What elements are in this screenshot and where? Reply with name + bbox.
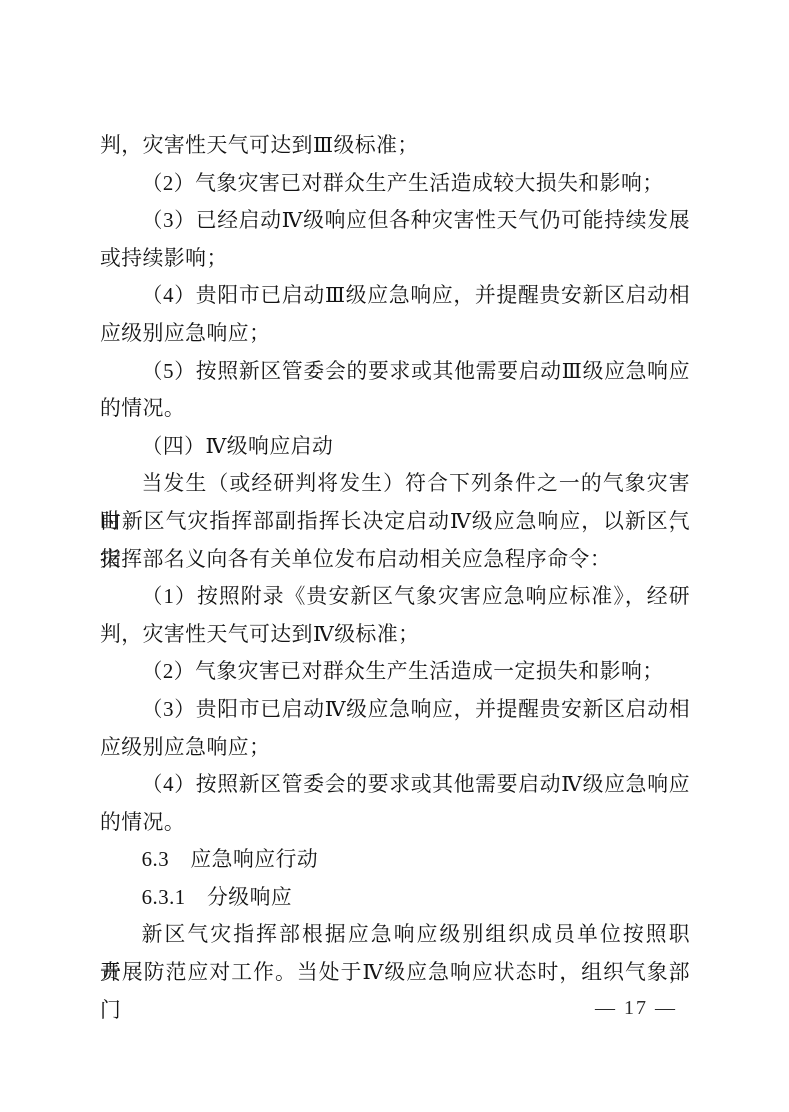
text-line: 判，灾害性天气可达到Ⅳ级标准； — [100, 616, 690, 654]
text-line: 指挥部名义向各有关单位发布启动相关应急程序命令： — [100, 541, 690, 579]
page-number: — 17 — — [595, 997, 677, 1020]
text-line: （4）贵阳市已启动Ⅲ级应急响应，并提醒贵安新区启动相 — [100, 277, 690, 315]
text-line: （四）Ⅳ级响应启动 — [100, 428, 690, 466]
text-line: 新区气灾指挥部根据应急响应级别组织成员单位按照职责， — [100, 916, 690, 954]
document-page: 判，灾害性天气可达到Ⅲ级标准； （2）气象灾害已对群众生产生活造成较大损失和影响… — [0, 0, 789, 1112]
text-line: 判，灾害性天气可达到Ⅲ级标准； — [100, 127, 690, 165]
text-line: 当发生（或经研判将发生）符合下列条件之一的气象灾害时， — [100, 465, 690, 503]
text-line: （2）气象灾害已对群众生产生活造成较大损失和影响； — [100, 165, 690, 203]
text-line: 由新区气灾指挥部副指挥长决定启动Ⅳ级应急响应，以新区气灾 — [100, 503, 690, 541]
text-line: （3）已经启动Ⅳ级响应但各种灾害性天气仍可能持续发展 — [100, 202, 690, 240]
text-line: （4）按照新区管委会的要求或其他需要启动Ⅳ级应急响应 — [100, 766, 690, 804]
text-line: 的情况。 — [100, 804, 690, 842]
text-line: （2）气象灾害已对群众生产生活造成一定损失和影响； — [100, 653, 690, 691]
text-line: 或持续影响； — [100, 240, 690, 278]
text-line: （3）贵阳市已启动Ⅳ级应急响应，并提醒贵安新区启动相 — [100, 691, 690, 729]
text-line: （1）按照附录《贵安新区气象灾害应急响应标准》，经研 — [100, 578, 690, 616]
subsection-heading-line: 6.3.1 分级响应 — [100, 879, 690, 917]
text-line: 的情况。 — [100, 390, 690, 428]
text-line: 应级别应急响应； — [100, 729, 690, 767]
text-line: 开展防范应对工作。当处于Ⅳ级应急响应状态时，组织气象部门 — [100, 954, 690, 992]
text-line: （5）按照新区管委会的要求或其他需要启动Ⅲ级应急响应 — [100, 353, 690, 391]
section-heading-line: 6.3 应急响应行动 — [100, 841, 690, 879]
document-body: 判，灾害性天气可达到Ⅲ级标准； （2）气象灾害已对群众生产生活造成较大损失和影响… — [100, 127, 690, 992]
text-line: 应级别应急响应； — [100, 315, 690, 353]
